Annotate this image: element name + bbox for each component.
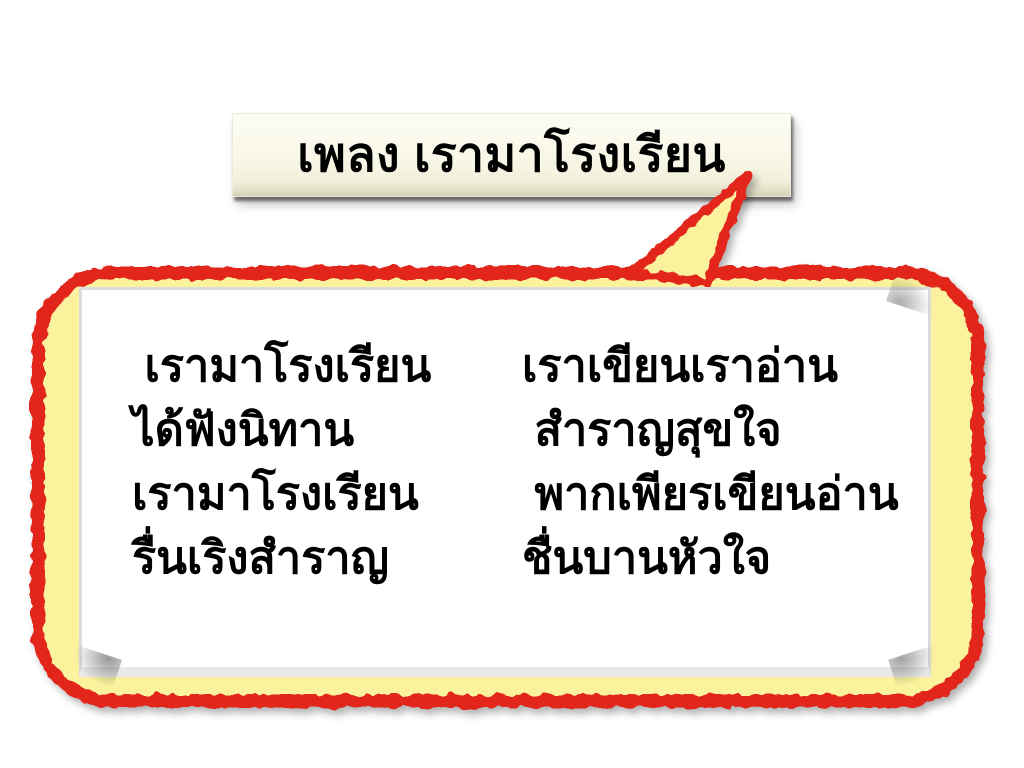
slide-canvas: เพลง เรามาโรงเรียน เรามาโรงเรียน เราเขีย… <box>0 0 1024 768</box>
lyric-line-2-left: ได้ฟังนิทาน <box>132 398 522 462</box>
lyric-line-1-right: เราเขียนเราอ่าน <box>522 334 918 398</box>
lyric-line-3: เรามาโรงเรียน พากเพียรเขียนอ่าน <box>132 462 918 526</box>
lyric-line-2-right: สำราญสุขใจ <box>522 398 918 462</box>
lyrics-text: เรามาโรงเรียน เราเขียนเราอ่าน ได้ฟังนิทา… <box>82 290 928 590</box>
lyric-line-3-left: เรามาโรงเรียน <box>132 462 522 526</box>
panel-corner-curl-bottom-left <box>62 644 122 692</box>
lyric-line-4: รื่นเริงสำราญ ชื่นบานหัวใจ <box>132 526 918 590</box>
song-title-text: เพลง เรามาโรงเรียน <box>297 117 726 193</box>
lyric-line-3-right: พากเพียรเขียนอ่าน <box>522 462 918 526</box>
song-title-box: เพลง เรามาโรงเรียน <box>232 113 791 197</box>
panel-corner-curl-bottom-right <box>888 644 948 692</box>
lyric-line-1-left: เรามาโรงเรียน <box>132 334 522 398</box>
lyric-line-4-left: รื่นเริงสำราญ <box>132 526 522 590</box>
lyric-line-2: ได้ฟังนิทาน สำราญสุขใจ <box>132 398 918 462</box>
lyrics-panel: เรามาโรงเรียน เราเขียนเราอ่าน ได้ฟังนิทา… <box>79 287 931 677</box>
lyric-line-1: เรามาโรงเรียน เราเขียนเราอ่าน <box>132 334 918 398</box>
lyric-line-4-right: ชื่นบานหัวใจ <box>522 526 918 590</box>
